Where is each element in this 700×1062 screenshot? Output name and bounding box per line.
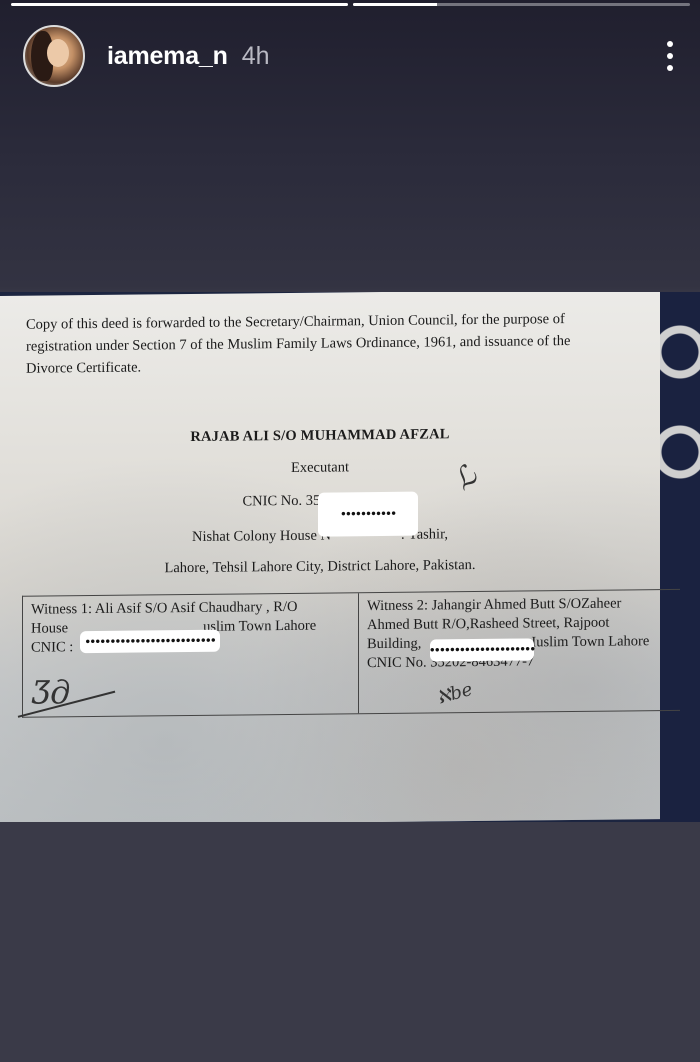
- more-options-button[interactable]: [660, 36, 680, 76]
- redaction-executant-cnic: •••••••••••: [318, 492, 418, 537]
- redaction-witness-2: •••••••••••••••••••••: [430, 638, 534, 661]
- story-viewer: iamema_n 4h Copy of this deed is forward…: [0, 0, 700, 1062]
- more-vertical-icon: [667, 41, 673, 47]
- witness-1-cell: Witness 1: Ali Asif S/O Asif Chaudhary ,…: [23, 593, 359, 717]
- redaction-witness-1: ••••••••••••••••••••••••••: [80, 630, 220, 653]
- story-progress-bars: [11, 3, 690, 6]
- deed-forwarding-paragraph: Copy of this deed is forwarded to the Se…: [26, 308, 586, 380]
- story-progress-segment: [353, 3, 690, 6]
- avatar[interactable]: [23, 25, 85, 87]
- witness-1-signature: Ʒд: [32, 673, 70, 711]
- story-progress-segment: [11, 3, 348, 6]
- executant-city-line: Lahore, Tehsil Lahore City, District Lah…: [80, 556, 560, 578]
- username[interactable]: iamema_n: [107, 42, 228, 71]
- story-header: iamema_n 4h: [23, 26, 680, 86]
- executant-name: RAJAB ALI S/O MUHAMMAD AFZAL: [110, 425, 530, 446]
- story-photo: Copy of this deed is forwarded to the Se…: [0, 292, 700, 822]
- witness-table: Witness 1: Ali Asif S/O Asif Chaudhary ,…: [22, 589, 680, 718]
- timestamp: 4h: [242, 42, 270, 71]
- divorce-deed-document: Copy of this deed is forwarded to the Se…: [0, 292, 660, 822]
